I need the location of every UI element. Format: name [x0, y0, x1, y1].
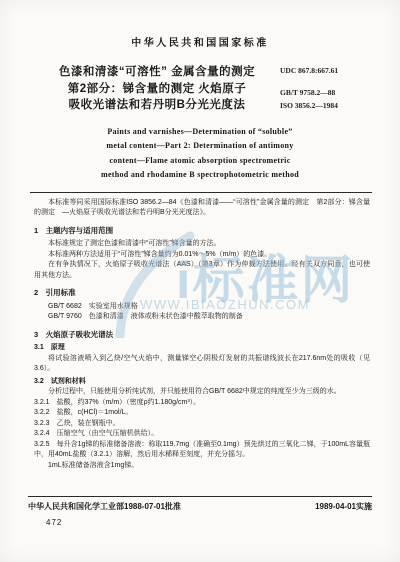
title-cn-line3: 吸收光谱法和若丹明B分光光度法	[34, 97, 280, 114]
title-en: Paints and varnishes—Determination of “s…	[0, 125, 400, 183]
paragraph: 在有争执情况下，火焰原子吸收光谱法（AAS）（第3章）作为仲裁方法使用。经有关双…	[34, 260, 370, 281]
title-cn: 色漆和清漆“可溶性” 金属含量的测定 第2部分：锑含量的测定 火焰原子 吸收光谱…	[34, 64, 280, 114]
reference-item: GB/T 9760 色漆和清漆 液体或粉末状色漆中酸萃取物的制备	[34, 312, 370, 323]
standard-document-page: i标准网 WWW.IBIAOZHUN.COM 中华人民共和国国家标准 色漆和清漆…	[0, 0, 400, 562]
clause-item: 3.2.5 每升含1g锑的标准储备溶液：称取119.7mg（准确至0.1mg）预…	[34, 440, 370, 461]
reference-item: GB/T 6682 实验室用水规格	[34, 302, 370, 313]
note-paragraph: 1mL标准储备溶液含1mg锑。	[34, 461, 370, 472]
clause-3-2-heading: 3.2 试剂和材料	[34, 377, 370, 388]
clause-item: 3.2.1 盐酸，约37%（m/m）（密度ρ约1.180g/cm³）。	[34, 398, 370, 409]
udc-code: UDC 867.8:667.61	[280, 66, 374, 75]
clause-3-1-heading: 3.1 原理	[34, 343, 370, 354]
section-1-heading: 1 主题内容与适用范围	[34, 226, 370, 237]
document-footer: 中华人民共和国化学工业部1988-07-01批准 1989-04-01实施	[28, 496, 372, 512]
title-cn-line1: 色漆和清漆“可溶性” 金属含量的测定	[34, 64, 280, 81]
standard-codes: UDC 867.8:667.61 GB/T 9758.2—88 ISO 3856…	[280, 64, 374, 114]
title-block: 色漆和清漆“可溶性” 金属含量的测定 第2部分：锑含量的测定 火焰原子 吸收光谱…	[34, 64, 374, 114]
iso-code: ISO 3856.2—1984	[280, 101, 374, 110]
title-en-line4: method and rhodamine B spectrophotometri…	[0, 168, 400, 183]
intro-paragraph: 本标准等同采用国际标准ISO 3856.2—84《色漆和清漆——“可溶性”金属含…	[34, 198, 370, 219]
title-en-line2: metal content—Part 2: Determination of a…	[0, 139, 400, 154]
title-en-line1: Paints and varnishes—Determination of “s…	[0, 125, 400, 140]
section-3-heading: 3 火焰原子吸收光谱法	[34, 330, 370, 341]
implementation-date: 1989-04-01实施	[315, 501, 372, 512]
paragraph: 将试验溶液喷入到乙炔/空气火焰中，测量锑空心阴极灯发射的共振谱线波长在217.6…	[34, 354, 370, 375]
title-divider	[30, 192, 372, 193]
title-en-line3: content—Flame atomic absorption spectrom…	[0, 154, 400, 169]
clause-item: 3.2.2 盐酸，c(HCl)＝1mol/L。	[34, 408, 370, 419]
clause-item: 3.2.4 压缩空气（由空气压缩机供给）。	[34, 429, 370, 440]
paragraph: 本标准规定了测定色漆和清漆中“可溶性”锑含量的方法。	[34, 239, 370, 250]
approval-text: 中华人民共和国化学工业部1988-07-01批准	[28, 501, 181, 512]
page-number: 472	[46, 518, 62, 527]
gb-code: GB/T 9758.2—88	[280, 88, 374, 97]
clause-item: 3.2.3 乙炔，装在钢瓶中。	[34, 419, 370, 430]
document-body: 本标准等同采用国际标准ISO 3856.2—84《色漆和清漆——“可溶性”金属含…	[34, 198, 370, 472]
section-2-heading: 2 引用标准	[34, 288, 370, 299]
paragraph: 本标准两种方法适用于“可溶性”锑含量约为0.01%～5%（m/m）的色漆。	[34, 250, 370, 261]
document-header: 中华人民共和国国家标准	[0, 0, 400, 49]
paragraph: 分析过程中，只能使用分析纯试剂，并只能使用符合GB/T 6682中规定的纯度至少…	[34, 387, 370, 398]
title-cn-line2: 第2部分：锑含量的测定 火焰原子	[34, 81, 280, 98]
